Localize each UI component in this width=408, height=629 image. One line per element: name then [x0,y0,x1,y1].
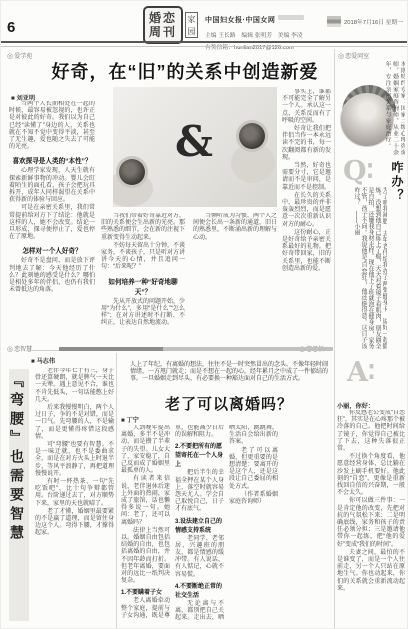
paragraph: 不妨每天留出十分钟，不谈家务，不谈孩子，只是听对方讲讲今天的心情，并且追问一句：… [101,243,185,272]
subheading: 怎样对一个人好奇？ [9,245,95,255]
hand-shape [231,143,275,183]
paragraph: 当倾听成为习惯，两个人之间便会长出一条新的通道，旧日的熟悉里，不断涌出新的理解与… [193,213,277,242]
article-photo: & [113,87,277,207]
ampersand-symbol: & [175,117,213,166]
section-label-text: 爱学苑 [14,54,32,60]
paragraph: 后来我慢慢明白，两个人过日子，争的不是对错，而是一口气。先弯腰的人，不是输了，而… [35,405,114,441]
calendar-icon [327,16,341,27]
paragraph: 老伴今年七十有三，身子骨还算硬朗，就是脾气一天比一天犟。遇上意见不合，谁也不肯先… [35,368,114,404]
section-label-top-left: ◎爱学苑 [7,51,32,60]
paragraph: （作者系婚姻家庭咨询师） [229,492,278,506]
column-rule-bottom [116,353,117,629]
section-dot-icon: ◎ [7,346,13,353]
divorce-body-columns: 人到晚年提出离婚，多半不是冲动，而是攒了半辈子的失望。儿女大了，家安稳了，自己反… [121,425,332,627]
section-label-text: 恋爱问室 [345,54,369,60]
paragraph: 有时一杯热茶、一句“先吃饭吧”，比十句争辩都管用。台阶递过去了，对方顺势下来，家… [35,479,114,508]
paragraph: 老了才懂，婚姻里最要紧的不是赢了道理，而是留住身边这个人。弯得下腰，才撑得起家。 [35,509,114,538]
subheading: 如何培养一种“好奇地聊天”？ [101,276,185,296]
subheading: 1.不要瞒着子女 [121,587,170,596]
paragraph: 心理学家发现，人天生就有探索新鲜事物的冲动。婴儿会盯着陌生的面孔看，孩子会把玩具… [9,168,95,204]
paragraph: 把后半生的幸福全押在某个人身上，落空时就容易怨天尤人。学会自己取悦自己，日子才有… [175,470,224,513]
main-article-column-4: 事实上，谁都不可能完全了解另一个人。承认这一点，关系反而有了呼吸的空间。好奇让我… [282,89,331,335]
paragraph: 老同学、老邻居、兴趣班的朋友，都是情感的缓冲带。有人说话，有人惦记，心就不容易慌… [175,536,224,579]
section-dot-icon: ◎ [338,53,344,60]
wisdom-body: 老伴今年七十有三，身子骨还算硬朗，就是脾气一天比一天犟。遇上意见不合，谁也不肯先… [35,368,114,628]
masthead-logo-bottom: 周刊 [149,25,177,39]
publication-info: 中国妇女报·中国女网 主编 王长路 编辑 张明芳 美编 李凌 有奖信箱：hunl… [205,9,337,51]
paragraph: 事实上，谁都不可能完全了解另一个人。承认这一点，关系反而有了呼吸的空间。 [282,89,331,125]
paragraph: 可“弯腰”也要有智慧。不是一味迁就，也不是委曲求全，而是在对方火头上时退半步，等… [35,442,114,478]
paragraph: 好奇不是盘问，而是放下评判地去了解：今天他经历了什么？此刻她的感受是什么？哪怕是… [9,258,95,294]
subheading: 喜欢探寻是人类的“本性”？ [9,155,95,165]
paragraph: 法律上当然可以。婚姻自由包括结婚的自由，也包括离婚的自由，并不因年龄而打折。但老… [121,528,170,586]
decorative-block [278,15,304,20]
paragraph: 你可以做三件事：一是肯定他的改变，先把对抗的气氛松下来；二是明确底线，家务和孩子… [337,498,405,548]
column-rule-right [334,49,335,629]
question-body: 为了哄我减肥，去年老伴给我办了两张健身卡，说好一起锻炼。没想到他自己练上了瘾，天… [337,187,387,349]
paragraph: 在长久的关系中，最珍贵的并非轰轰烈烈，而是愿意一次次重新认识对方的耐心。 [282,193,331,229]
section-divider-bar [59,347,333,351]
coffee-cup-icon [239,123,265,149]
paragraph: 不过换个角度看，他愿意经营身体，总比躺在沙发上刷手机要好。他此刻的“自恋”，更像… [337,454,405,497]
header-rule-thin [1,46,407,47]
paragraph: 当然，好奇也需要分寸，它是邀请而不是审问，是靠近而不是控制。 [282,163,331,192]
page-number: 6 [7,19,15,36]
subheading: 3.设法建立自己的情感支持系统 [175,516,224,534]
paragraph: 老了可以离婚，但更重要的是想清楚：要离开的是这个人，还是这段让自己委屈的相处方式… [229,448,278,491]
issue-date: 2018年7月16日 星期一 [344,17,403,26]
masthead-edition-box: 家园 [185,12,198,38]
date-block: 2018年7月16日 星期一 [327,16,403,27]
header-rule-thick [1,41,407,43]
paragraph: 人到晚年提出离婚，多半不是冲动，而是攒了半辈子的失望。儿女大了，家安稳了，自己反… [121,425,170,475]
paragraph: 可是在亲密关系里，我们常常提前给对方下了结论：他就是这样的人，她不会改变。结论一… [9,205,95,241]
paragraph: 这份耐心，正是好奇给予亲密关系最好的礼物。把好奇带回家，旧的关系里，也能不断创造… [282,230,331,273]
answer-mark-a: A∶ [347,357,375,388]
divorce-author: ■ 丁宁 [121,415,139,424]
paragraph: 你反感老公变成“自恋狂”，其实是在心疼那个被冷落的自己。他把时间给了镜子，你觉得… [337,410,405,453]
paragraph: 当我们带着好奇靠近对方，旧的关系便会生出新的光亮。那些熟悉的细节，会在新的注视下… [101,213,185,242]
newspaper-page: 6 婚恋 周刊 家园 中国妇女报·中国女网 主编 王长路 编辑 张明芳 美编 李… [0,0,408,629]
paragraph: 夫妻之间，最怕的不是谁变了，而是一个人往前走，另一个人只站在原地生气。你也动起来… [337,550,405,593]
paragraph: 当两个人长期相处在一起的时候，最容易被忽视的，也许正是对彼此的好奇。我们以为自己… [9,101,95,151]
expert-intro: 本期特约专家：国家二级心理咨询师，婚姻家庭咨询师，从业二十余年，专注亲密关系与家… [384,61,405,163]
question-title: 老公健身后变成自恋狂，该咋办？ [389,161,408,329]
paper-name: 中国妇女报·中国女网 [205,17,275,24]
divorce-headline: 老了可以离婚吗？ [130,393,328,414]
masthead-logo: 婚恋 周刊 [143,6,183,44]
paragraph: 先从开放式的问题开始，少用“为什么”，多用“是什么”“怎么样”；在对方讲述时不打… [101,299,185,328]
paper-name-row: 中国妇女报·中国女网 [205,9,337,27]
coffee-cup-icon [119,159,145,185]
answer-salutation: 小丽，你好： [337,401,374,410]
section-label-wisdom: ◎恋智慧 [7,344,32,353]
wisdom-title: 『弯腰』也需要智慧 [9,369,29,621]
divorce-lead: 人上了年纪，有离婚的想法，往往不是一时突然冒出的念头。不像年轻时闹情绪，一方甩门… [130,362,328,384]
section-label-qa: ◎恋爱问室 [338,51,369,60]
paragraph: 有读者来信说，老伴退休后迷上外面的热闹，家成了旅馆，话也懒得多说一句。她问：老了… [121,476,170,526]
wisdom-author: ■ 马志伟 [31,356,55,365]
main-headline: 好奇，在“旧”的关系中创造新爱 [35,58,335,84]
main-article-column-1: 当两个人长期相处在一起的时候，最容易被忽视的，也许正是对彼此的好奇。我们以为自己… [9,101,95,335]
credits-line: 主编 王长路 编辑 张明芳 美编 李凌 [205,30,337,39]
masthead-logo-top: 婚恋 [149,11,177,25]
subheading: 4.不要断绝正常的社交生活 [175,581,224,599]
answer-body: 你反感老公变成“自恋狂”，其实是在心疼那个被冷落的自己。他把时间给了镜子，你觉得… [337,410,405,628]
main-article-columns-below-photo: 当我们带着好奇靠近对方，旧的关系便会生出新的光亮。那些熟悉的细节，会在新的注视下… [101,213,277,335]
question-mark-q: Q∶ [343,156,374,187]
subheading: 2.不要把所有的愿望寄托在一个人身上 [175,441,224,468]
paragraph: 好奇让我们把伴侣当作一本永远读不完的书，每一次翻阅都有新的发现。 [282,126,331,162]
section-dot-icon: ◎ [7,53,13,60]
